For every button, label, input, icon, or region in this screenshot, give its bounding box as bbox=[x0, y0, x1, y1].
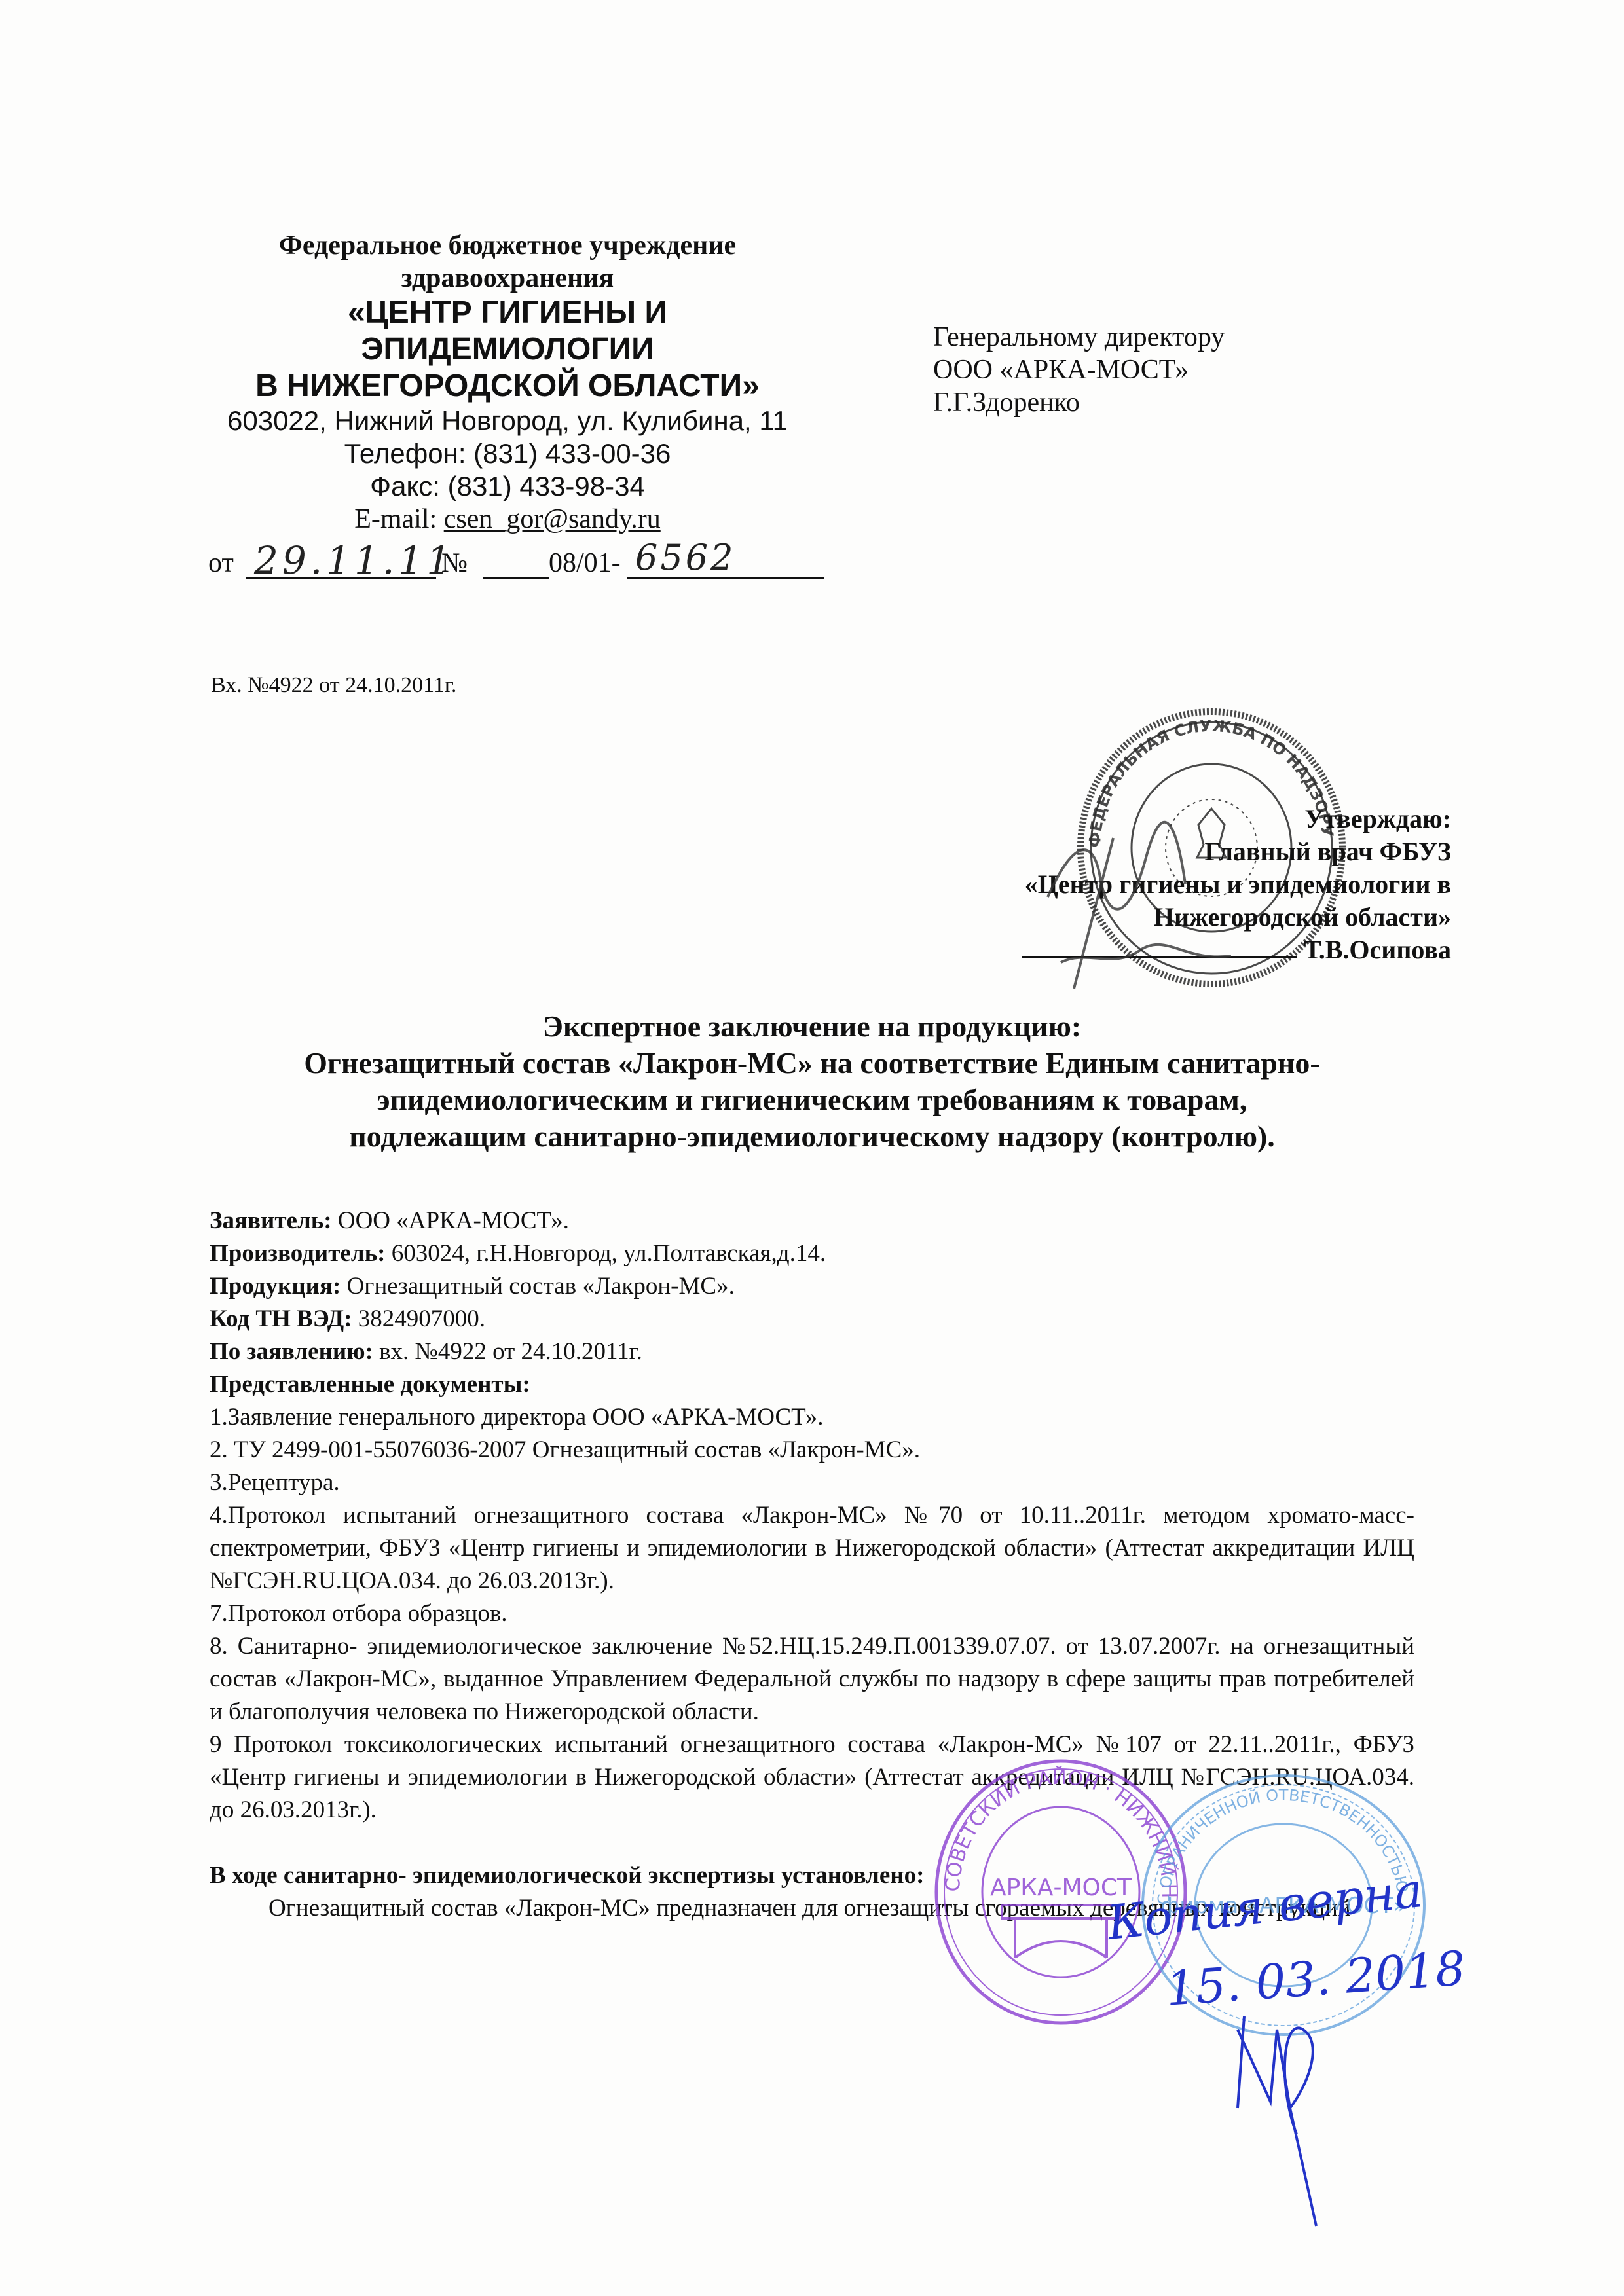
email-label: E-mail: bbox=[354, 504, 437, 534]
field-manufacturer: Производитель: 603024, г.Н.Новгород, ул.… bbox=[210, 1237, 1414, 1270]
document-item-1: 1.Заявление генерального директора ООО «… bbox=[210, 1401, 1414, 1434]
spacer bbox=[210, 1827, 1414, 1859]
addressee-name: Г.Г.Здоренко bbox=[933, 386, 1225, 419]
letterhead: Федеральное бюджетное учреждение здравоо… bbox=[203, 229, 812, 536]
certified-copy-date: 15. 03. 2018 bbox=[1164, 1941, 1467, 2016]
org-name-line1: «ЦЕНТР ГИГИЕНЫ И bbox=[203, 295, 812, 331]
document-body: Заявитель: ООО «АРКА-МОСТ». Производител… bbox=[210, 1205, 1414, 1925]
org-type-line2: здравоохранения bbox=[203, 262, 812, 295]
org-email-row: E-mail: csen_gor@sandy.ru bbox=[203, 503, 812, 536]
incoming-reference: Вх. №4922 от 24.10.2011г. bbox=[211, 673, 456, 698]
field-label: Код ТН ВЭД: bbox=[210, 1305, 352, 1332]
addressee-position: Генеральному директору bbox=[933, 321, 1225, 354]
findings-heading-text: В ходе санитарно- эпидемиологической экс… bbox=[210, 1862, 924, 1889]
document-item-4: 4.Протокол испытаний огнезащитного соста… bbox=[210, 1499, 1414, 1597]
handwritten-number: 6562 bbox=[635, 537, 735, 578]
field-product: Продукция: Огнезащитный состав «Лакрон-М… bbox=[210, 1270, 1414, 1303]
from-label: от bbox=[208, 547, 234, 579]
document-page: Федеральное бюджетное учреждение здравоо… bbox=[0, 0, 1624, 2296]
org-fax: Факс: (831) 433-98-34 bbox=[203, 470, 812, 503]
field-value: Огнезащитный состав «Лакрон-МС». bbox=[341, 1273, 735, 1300]
outgoing-number-row: от 29.11.11 № 08/01- 6562 bbox=[208, 542, 837, 588]
document-item-9: 9 Протокол токсикологических испытаний о… bbox=[210, 1728, 1414, 1827]
addressee-block: Генеральному директору ООО «АРКА-МОСТ» Г… bbox=[933, 321, 1225, 419]
approval-org-line2: Нижегородской области» bbox=[1025, 901, 1451, 934]
org-name-line2: ЭПИДЕМИОЛОГИИ bbox=[203, 331, 812, 368]
findings-text: Огнезащитный состав «Лакрон-МС» предназн… bbox=[210, 1892, 1414, 1925]
field-value: 3824907000. bbox=[352, 1305, 486, 1332]
approval-position: Главный врач ФБУЗ bbox=[1025, 835, 1451, 868]
field-value: вх. №4922 от 24.10.2011г. bbox=[373, 1338, 642, 1365]
certifier-signature-icon bbox=[1218, 2003, 1349, 2239]
field-label: Производитель: bbox=[210, 1240, 386, 1267]
approval-title: Утверждаю: bbox=[1025, 803, 1451, 835]
number-prefix: 08/01- bbox=[549, 547, 621, 579]
field-applicant: Заявитель: ООО «АРКА-МОСТ». bbox=[210, 1205, 1414, 1237]
addressee-company: ООО «АРКА-МОСТ» bbox=[933, 354, 1225, 386]
documents-heading-text: Представленные документы: bbox=[210, 1371, 530, 1398]
title-line4: подлежащим санитарно-эпидемиологическому… bbox=[203, 1118, 1421, 1155]
number-label: № bbox=[441, 547, 468, 579]
number-underline-a bbox=[483, 577, 549, 579]
org-type-line1: Федеральное бюджетное учреждение bbox=[203, 229, 812, 262]
field-hs-code: Код ТН ВЭД: 3824907000. bbox=[210, 1303, 1414, 1336]
approval-org-line1: «Центр гигиены и эпидемиологии в bbox=[1025, 868, 1451, 901]
findings-heading: В ходе санитарно- эпидемиологической экс… bbox=[210, 1859, 1414, 1892]
field-label: Заявитель: bbox=[210, 1207, 332, 1234]
title-line3: эпидемиологическим и гигиеническим требо… bbox=[203, 1082, 1421, 1118]
field-value: 603024, г.Н.Новгород, ул.Полтавская,д.14… bbox=[386, 1240, 826, 1267]
field-label: Продукция: bbox=[210, 1273, 341, 1300]
documents-heading: Представленные документы: bbox=[210, 1368, 1414, 1401]
document-item-2: 2. ТУ 2499-001-55076036-2007 Огнезащитны… bbox=[210, 1434, 1414, 1467]
org-phone: Телефон: (831) 433-00-36 bbox=[203, 437, 812, 470]
org-address: 603022, Нижний Новгород, ул. Кулибина, 1… bbox=[203, 405, 812, 437]
document-title: Экспертное заключение на продукцию: Огне… bbox=[203, 1008, 1421, 1155]
title-line1: Экспертное заключение на продукцию: bbox=[203, 1008, 1421, 1045]
approval-block: Утверждаю: Главный врач ФБУЗ «Центр гиги… bbox=[1025, 803, 1451, 966]
document-item-8: 8. Санитарно- эпидемиологическое заключе… bbox=[210, 1630, 1414, 1728]
approval-signer: Т.В.Осипова bbox=[1025, 934, 1451, 966]
field-label: По заявлению: bbox=[210, 1338, 373, 1365]
org-name-line3: В НИЖЕГОРОДСКОЙ ОБЛАСТИ» bbox=[203, 368, 812, 405]
title-line2: Огнезащитный состав «Лакрон-МС» на соотв… bbox=[203, 1045, 1421, 1082]
email-link[interactable]: csen_gor@sandy.ru bbox=[444, 504, 661, 534]
signature-line bbox=[1022, 956, 1297, 958]
document-item-7: 7.Протокол отбора образцов. bbox=[210, 1597, 1414, 1630]
document-item-3: 3.Рецептура. bbox=[210, 1467, 1414, 1499]
handwritten-date: 29.11.11 bbox=[254, 538, 454, 583]
field-value: ООО «АРКА-МОСТ». bbox=[332, 1207, 569, 1234]
field-application-ref: По заявлению: вх. №4922 от 24.10.2011г. bbox=[210, 1336, 1414, 1368]
